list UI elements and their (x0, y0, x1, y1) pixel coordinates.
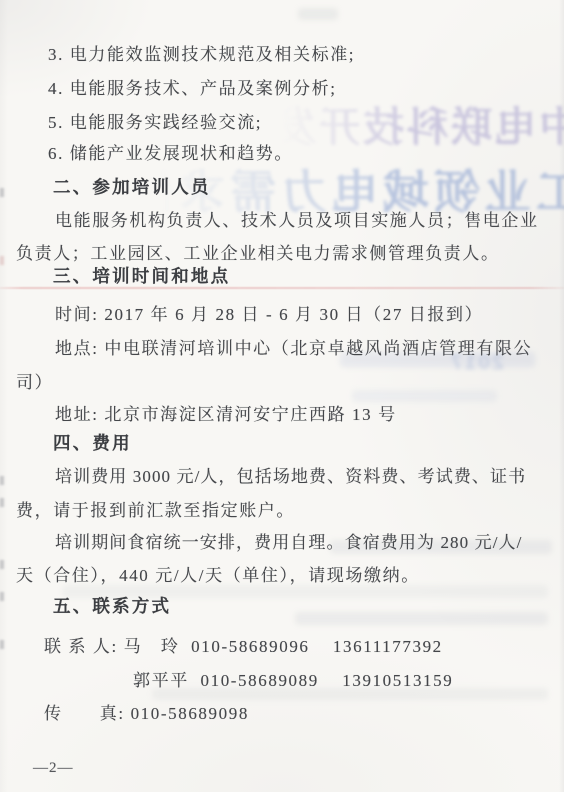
scan-artifact (0, 592, 4, 601)
schedule-address-line: 地址: 北京市海淀区清河安宁庄西路 13 号 (55, 400, 397, 425)
participants-body-line1: 电能服务机构负责人、技术人员及项目实施人员；售电企业 (55, 206, 539, 231)
scan-artifact (0, 560, 4, 569)
fax-line: 传 真: 010-58689098 (44, 699, 249, 724)
agenda-item-5: 5. 电能服务实践经验交流; (48, 108, 262, 133)
scan-artifact (0, 498, 4, 507)
fees-line1: 培训费用 3000 元/人，包括场地费、资料费、考试费、证书 (55, 462, 526, 487)
bleed-smudge (298, 8, 338, 20)
document-page: 中电联科技开发 工业领域电力需求侧 2017 3. 电力能效监测技术规范及相关标… (0, 0, 564, 792)
bleed-smudge (295, 612, 548, 625)
agenda-item-4: 4. 电能服务技术、产品及案例分析; (48, 74, 337, 99)
fees-line2: 费，请于报到前汇款至指定账户。 (16, 496, 295, 521)
scan-artifact (0, 188, 4, 197)
schedule-venue-line2: 司） (16, 368, 53, 393)
section-heading-contact: 五、联系方式 (53, 593, 171, 618)
fees-board-line2: 天（合住），440 元/人/天（单住），请现场缴纳。 (16, 561, 420, 586)
scan-artifact (0, 256, 4, 265)
scan-artifact (0, 640, 4, 649)
page-number: —2— (33, 760, 74, 777)
agenda-item-6: 6. 储能产业发展现状和趋势。 (48, 139, 293, 164)
section-heading-schedule: 三、培训时间和地点 (53, 263, 230, 288)
participants-body-line2: 负责人；工业园区、工业企业相关电力需求侧管理负责人。 (16, 239, 500, 264)
schedule-time-line: 时间: 2017 年 6 月 28 日 - 6 月 30 日（27 日报到） (55, 300, 483, 325)
bleed-through-letterhead: 中电联科技开发 (272, 94, 564, 153)
section-heading-participants: 二、参加培训人员 (53, 174, 211, 199)
section-heading-fees: 四、费用 (53, 430, 132, 455)
scan-artifact (0, 476, 4, 485)
contact-line-guo-pingping: 郭平平 010-58689089 13910513159 (133, 666, 453, 691)
fees-board-line1: 培训期间食宿统一安排，费用自理。食宿费用为 280 元/人/ (55, 528, 522, 553)
contact-line-ma-ling: 联 系 人: 马 玲 010-58689096 13611177392 (44, 632, 443, 657)
schedule-venue-line1: 地点: 中电联清河培训中心（北京卓越风尚酒店管理有限公 (55, 334, 532, 359)
agenda-item-3: 3. 电力能效监测技术规范及相关标准; (48, 40, 355, 65)
